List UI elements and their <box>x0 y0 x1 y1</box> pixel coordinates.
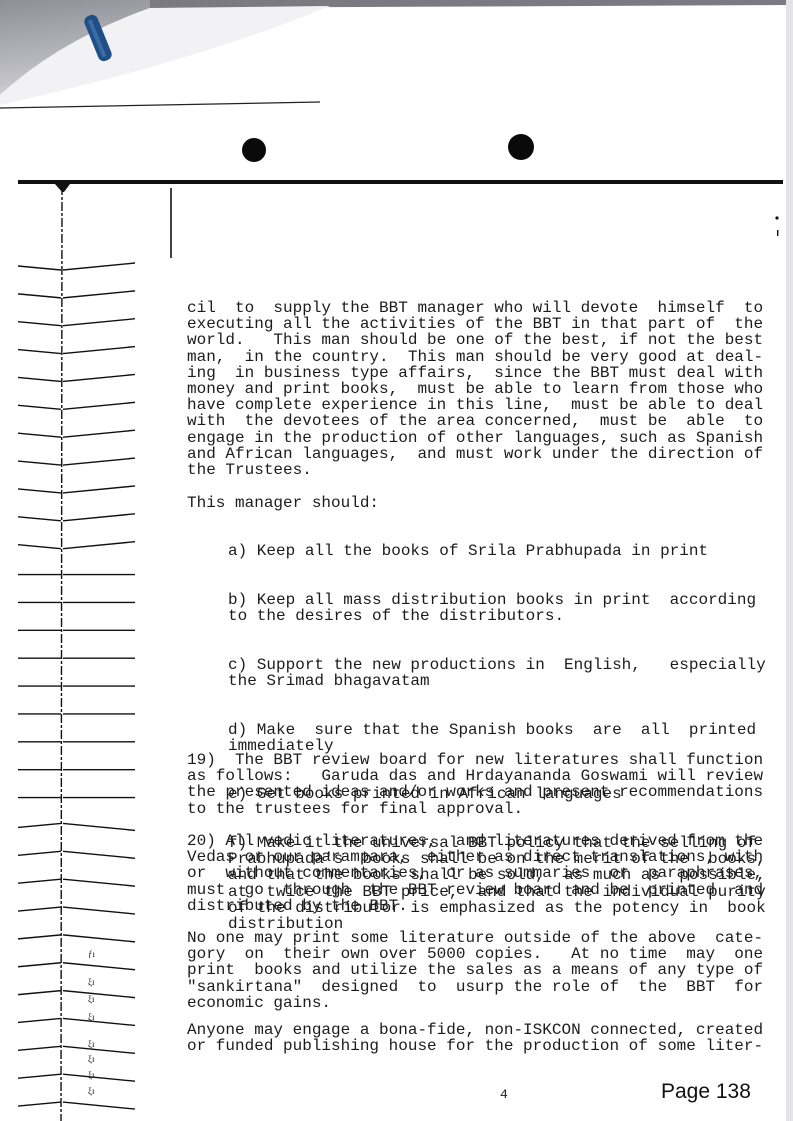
svg-text:ξı: ξı <box>88 1054 95 1064</box>
duty-item-c: c) Support the new productions in Englis… <box>228 657 766 689</box>
svg-text:ξı: ξı <box>88 1039 95 1049</box>
svg-text:ξı: ξı <box>88 1070 95 1080</box>
publishing-exception-paragraph: Anyone may engage a bona-fide, non-ISKCO… <box>187 1022 763 1054</box>
section-19-paragraph: 19) The BBT review board for new literat… <box>187 752 763 817</box>
intro-paragraph: cil to supply the BBT manager who will d… <box>187 300 763 478</box>
section-20-paragraph: 20) All vedic literatures, and literatur… <box>187 833 763 914</box>
folded-corner-shadow <box>0 0 793 105</box>
svg-text:ξı: ξı <box>88 994 95 1004</box>
svg-text:ξı: ξı <box>88 1086 95 1096</box>
punch-hole-left <box>242 138 266 162</box>
header-rule <box>18 180 783 192</box>
duty-item-a: a) Keep all the books of Srila Prabhupad… <box>228 543 766 559</box>
duty-item-b: b) Keep all mass distribution books in p… <box>228 592 766 624</box>
page-number: 4 <box>500 1087 508 1103</box>
svg-text:ξı: ξı <box>88 977 95 987</box>
svg-text:ξı: ξı <box>88 1012 95 1022</box>
binding-margin-lines <box>18 263 135 1109</box>
margin-scribbles: ƒı ξı ξı ξı ξı ξı ξı ξı <box>88 949 96 1096</box>
page-edge-line <box>0 102 320 108</box>
punch-hole-right <box>508 134 534 160</box>
right-page-edge <box>786 0 793 1121</box>
manager-duties-heading: This manager should: <box>187 495 379 511</box>
page-label: Page 138 <box>661 1080 751 1104</box>
binding-spine <box>61 186 62 1121</box>
duty-item-d: d) Make sure that the Spanish books are … <box>228 722 766 754</box>
svg-text:ƒı: ƒı <box>88 949 96 959</box>
printing-restriction-paragraph: No one may print some literature outside… <box>187 930 763 1011</box>
